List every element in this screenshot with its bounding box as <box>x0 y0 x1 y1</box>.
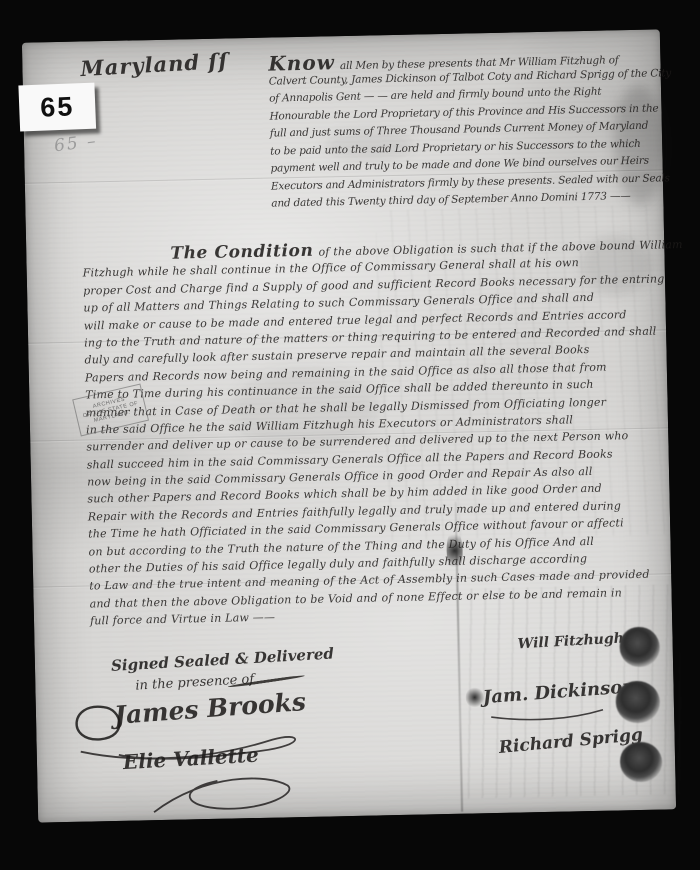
jurisdiction-header: Maryland ſſ <box>80 48 229 81</box>
signature-will-fitzhugh: Will Fitzhugh <box>517 630 624 652</box>
signature-flourish <box>491 707 611 726</box>
signature-james-brooks: James Brooks <box>113 687 307 730</box>
condition-lines: Fitzhugh while he shall continue in the … <box>83 253 669 630</box>
opening-paragraph: Knowall Men by these presents that Mr Wi… <box>268 47 665 213</box>
wax-seal <box>615 681 660 724</box>
wax-seal <box>620 742 663 783</box>
pencil-folio-number: 65 – <box>53 131 99 156</box>
archive-number-tag: 65 <box>18 83 96 132</box>
photo-background: Maryland ſſ 65 65 – Knowall Men by these… <box>0 0 700 870</box>
document-paper: Maryland ſſ 65 65 – Knowall Men by these… <box>22 29 676 822</box>
wax-seal <box>619 627 660 668</box>
attestation-line: Signed Sealed & Delivered <box>111 644 335 674</box>
signature-james-dickinson: Jam. Dickinson <box>482 676 636 708</box>
opening-lines: Calvert County, James Dickinson of Talbo… <box>269 65 666 213</box>
attestation-line: in the presence of <box>135 672 254 694</box>
condition-paragraph: The Conditionof the above Obligation is … <box>82 235 668 630</box>
signature-elie-vallette: Elie Vallette <box>122 743 259 775</box>
signature-flourish <box>145 767 306 820</box>
ink-blob <box>465 686 483 708</box>
